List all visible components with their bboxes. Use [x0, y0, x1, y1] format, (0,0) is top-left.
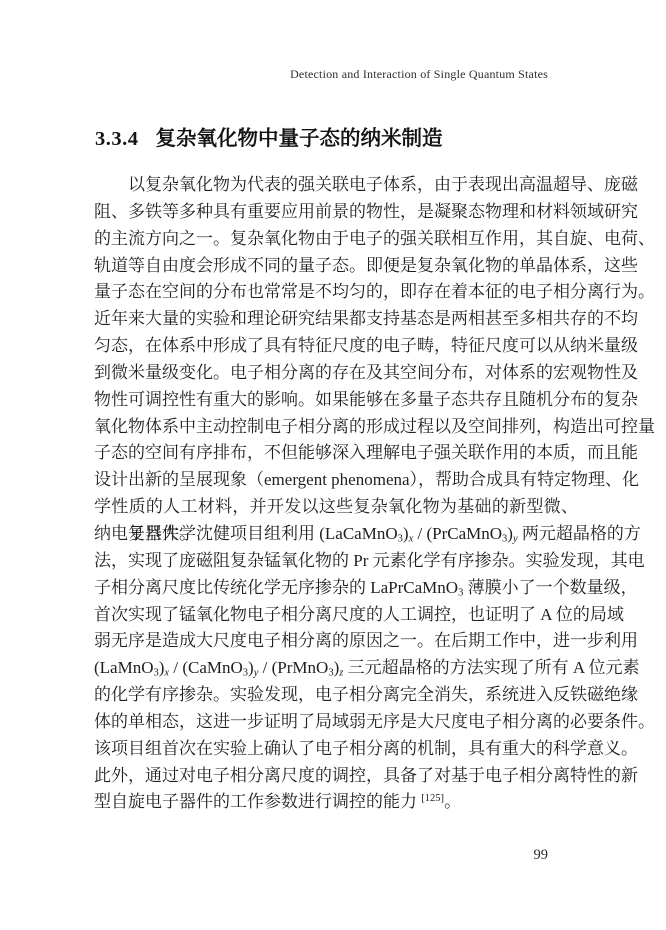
body-line: 此外，通过对电子相分离尺度的调控，具备了对基于电子相分离特性的新: [94, 763, 578, 790]
body-line: 设计出新的呈展现象（emergent phenomena），帮助合成具有特定物理…: [94, 467, 578, 494]
subscript: x: [409, 534, 414, 545]
body-line: (LaMnO3)x / (CaMnO3)y / (PrMnO3)z 三元超晶格的…: [94, 655, 578, 682]
running-header: Detection and Interaction of Single Quan…: [95, 67, 548, 82]
page-number: 99: [95, 847, 548, 864]
body-line: 阻、多铁等多种具有重要应用前景的物性，是凝聚态物理和材料领域研究: [94, 199, 578, 226]
section-title: 复杂氧化物中量子态的纳米制造: [156, 128, 443, 150]
body-line: 该项目组首次在实验上确认了电子相分离的机制，具有重大的科学意义。: [94, 736, 578, 763]
body-text: 以复杂氧化物为代表的强关联电子体系，由于表现出高温超导、庞磁阻、多铁等多种具有重…: [94, 172, 578, 816]
subscript: 3: [458, 587, 463, 598]
body-line: 型自旋电子器件的工作参数进行调控的能力 [125]。: [94, 789, 578, 816]
subscript: x: [164, 668, 169, 679]
body-line: 匀态，在体系中形成了具有特征尺度的电子畴，特征尺度可以从纳米量级: [94, 333, 578, 360]
body-line: 物性可调控性有重大的影响。如果能够在多量子态共存且随机分布的复杂: [94, 387, 578, 414]
book-page: { "page": { "running_header": "Detection…: [0, 0, 666, 930]
body-line: 子态的空间有序排布，不但能够深入理解电子强关联作用的本质，而且能: [94, 440, 578, 467]
body-line: 的化学有序掺杂。实验发现，电子相分离完全消失，系统进入反铁磁绝缘: [94, 682, 578, 709]
subscript: 3: [243, 668, 248, 679]
body-line: 体的单相态，这进一步证明了局域弱无序是大尺度电子相分离的必要条件。: [94, 709, 578, 736]
body-line: 到微米量级变化。电子相分离的存在及其空间分布，对体系的宏观物性及: [94, 360, 578, 387]
superscript: [125]: [421, 794, 444, 805]
body-line: 首次实现了锰氧化物电子相分离尺度的人工调控，也证明了 A 位的局域: [94, 602, 578, 629]
section-number: 3.3.4: [95, 128, 139, 150]
body-line: 弱无序是造成大尺度电子相分离的原因之一。在后期工作中，进一步利用: [94, 628, 578, 655]
subscript: 3: [328, 668, 333, 679]
subscript: z: [339, 668, 343, 679]
section-heading: 3.3.4复杂氧化物中量子态的纳米制造: [95, 121, 578, 151]
body-line: 学性质的人工材料，并开发以这些复杂氧化物为基础的新型微、纳电子器件。: [94, 494, 578, 521]
body-line: 轨道等自由度会形成不同的量子态。即便是复杂氧化物的单晶体系，这些: [94, 253, 578, 280]
subscript: 3: [502, 534, 507, 545]
body-line: 近年来大量的实验和理论研究结果都支持基态是两相甚至多相共存的不均: [94, 306, 578, 333]
body-line: 以复杂氧化物为代表的强关联电子体系，由于表现出高温超导、庞磁: [94, 172, 578, 199]
body-line: 氧化物体系中主动控制电子相分离的形成过程以及空间排列，构造出可控量: [94, 414, 578, 441]
subscript: y: [513, 534, 518, 545]
body-line: 的主流方向之一。复杂氧化物由于电子的强关联相互作用，其自旋、电荷、: [94, 226, 578, 253]
subscript: 3: [153, 668, 158, 679]
body-line: 复旦大学沈健项目组利用 (LaCaMnO3)x / (PrCaMnO3)y 两元…: [94, 521, 578, 548]
subscript: y: [254, 668, 259, 679]
body-line: 法，实现了庞磁阻复杂锰氧化物的 Pr 元素化学有序掺杂。实验发现，其电: [94, 548, 578, 575]
body-line: 量子态在空间的分布也常常是不均匀的，即存在着本征的电子相分离行为。: [94, 279, 578, 306]
body-line: 子相分离尺度比传统化学无序掺杂的 LaPrCaMnO3 薄膜小了一个数量级，: [94, 575, 578, 602]
subscript: 3: [398, 534, 403, 545]
